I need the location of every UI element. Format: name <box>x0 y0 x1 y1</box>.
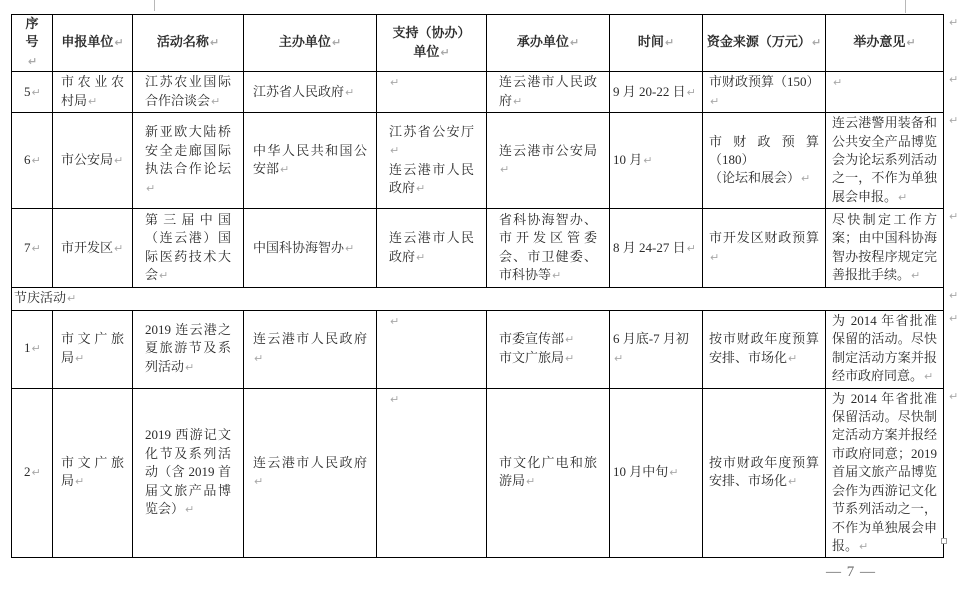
table-cell: 市开发区↵ <box>53 209 133 288</box>
table-row: 6↵市公安局↵新亚欧大陆桥安全走廊国际执法合作论坛↵中华人民共和国公安部↵江苏省… <box>12 113 944 209</box>
cell-text: 为 2014 年省批准保留活动。尽快制定活动方案并报经市政府同意；2019 首届… <box>832 391 937 553</box>
cell-text: 支持（协办）单位 <box>392 25 470 58</box>
table-cell: ↵ <box>377 388 487 558</box>
paragraph-mark-icon: ↵ <box>949 73 958 86</box>
paragraph-mark-icon: ↵ <box>254 352 263 365</box>
cell-text: 新亚欧大陆桥安全走廊国际执法合作论坛 <box>145 124 231 176</box>
cell-text: 江苏省人民政府 <box>253 84 344 99</box>
paragraph-mark-icon: ↵ <box>801 172 810 185</box>
section-break-mark-icon <box>941 538 947 544</box>
table-cell: 市文广旅局↵ <box>53 310 133 388</box>
section-label: 节庆活动 <box>14 290 66 305</box>
table-cell: ↵ <box>826 72 944 113</box>
cell-text: 为 2014 年省批准保留的活动。尽快制定活动方案并报经市政府同意。 <box>832 313 937 383</box>
cell-text: 按市财政年度预算安排、市场化 <box>709 331 819 364</box>
paragraph-mark-icon: ↵ <box>513 95 522 108</box>
cell-text: 连云港市人民政府 <box>253 455 367 470</box>
paragraph-mark-icon: ↵ <box>67 292 76 305</box>
table-cell: ↵ <box>377 310 487 388</box>
paragraph-mark-icon: ↵ <box>75 352 84 365</box>
cell-text: 申报单位 <box>61 34 113 49</box>
paragraph-mark-icon: ↵ <box>332 36 341 49</box>
page-number: — 7 — <box>826 564 877 581</box>
cell-text: 连云港市人民政府 <box>389 162 474 195</box>
table-row: 2↵市文广旅局↵2019 西游记文化节及系列活动（含 2019 首届文旅产品博览… <box>12 388 944 558</box>
paragraph-mark-icon: ↵ <box>949 312 958 325</box>
table-header: 序号↵申报单位↵活动名称↵主办单位↵支持（协办）单位↵承办单位↵时间↵资金来源（… <box>12 15 944 72</box>
page-number-label: — 7 — <box>826 564 876 580</box>
column-header: 主办单位↵ <box>244 15 377 72</box>
table-cell: 7↵ <box>12 209 53 288</box>
paragraph-mark-icon: ↵ <box>665 36 674 49</box>
paragraph-mark-icon: ↵ <box>788 475 797 488</box>
cell-text: 10 月 <box>613 152 642 167</box>
document-page: 序号↵申报单位↵活动名称↵主办单位↵支持（协办）单位↵承办单位↵时间↵资金来源（… <box>0 0 964 592</box>
paragraph-mark-icon: ↵ <box>185 503 194 516</box>
section-row: 节庆活动↵ <box>12 288 944 310</box>
table-cell: 市财政预算（180） （论坛和展会）↵ <box>703 113 826 209</box>
cell-text: 连云港警用装备和公共安全产品博览会为论坛系列活动之一，不作为单独展会申报。 <box>832 115 937 204</box>
paragraph-mark-icon: ↵ <box>898 191 907 204</box>
table-cell: 市农业农村局↵ <box>53 72 133 113</box>
table-cell: 尽快制定工作方案；由中国科协海智办按程序规定完善报批手续。↵ <box>826 209 944 288</box>
paragraph-mark-icon: ↵ <box>159 269 168 282</box>
column-header: 活动名称↵ <box>133 15 244 72</box>
cell-text: 市文广旅局 <box>61 455 124 488</box>
table-cell: 按市财政年度预算安排、市场化↵ <box>703 388 826 558</box>
table-cell: 江苏农业国际合作洽谈会↵ <box>133 72 244 113</box>
cell-text: 1 <box>24 340 31 355</box>
cell-text: 江苏省公安厅 <box>389 124 474 139</box>
text-boundary-mark-icon <box>154 0 155 11</box>
paragraph-mark-icon: ↵ <box>833 76 842 89</box>
paragraph-mark-icon: ↵ <box>614 352 623 365</box>
paragraph-mark-icon: ↵ <box>788 352 797 365</box>
paragraph-mark-icon: ↵ <box>416 182 425 195</box>
table-cell: 中华人民共和国公安部↵ <box>244 113 377 209</box>
cell-text: 活动名称 <box>157 34 209 49</box>
paragraph-mark-icon: ↵ <box>32 342 41 355</box>
paragraph-mark-icon: ↵ <box>570 36 579 49</box>
cell-text: 连云港市人民政府 <box>253 331 367 346</box>
cell-text: 2 <box>24 464 31 479</box>
cell-text: 市开发区财政预算 <box>709 230 819 245</box>
paragraph-mark-icon: ↵ <box>32 466 41 479</box>
paragraph-mark-icon: ↵ <box>345 86 354 99</box>
paragraph-mark-icon: ↵ <box>924 370 933 383</box>
paragraph-mark-icon: ↵ <box>552 269 561 282</box>
paragraph-mark-icon: ↵ <box>88 95 97 108</box>
text-boundary-mark-icon <box>905 0 906 13</box>
paragraph-mark-icon: ↵ <box>949 16 958 29</box>
paragraph-mark-icon: ↵ <box>32 242 41 255</box>
cell-text: 市开发区 <box>61 240 113 255</box>
paragraph-mark-icon: ↵ <box>526 475 535 488</box>
table-cell: 江苏省公安厅↵连云港市人民政府↵ <box>377 113 487 209</box>
paragraph-mark-icon: ↵ <box>114 242 123 255</box>
column-header: 时间↵ <box>610 15 703 72</box>
cell-text: 8 月 24-27 日 <box>613 240 686 255</box>
table-cell: 市文广旅局↵ <box>53 388 133 558</box>
paragraph-mark-icon: ↵ <box>710 251 719 264</box>
table-cell: 2019 连云港之夏旅游节及系列活动↵ <box>133 310 244 388</box>
paragraph-mark-icon: ↵ <box>643 154 652 167</box>
cell-text: 中国科协海智办 <box>253 240 344 255</box>
cell-text: 市委宣传部 <box>499 331 564 346</box>
paragraph-mark-icon: ↵ <box>949 390 958 403</box>
cell-text: 序号 <box>25 16 38 49</box>
paragraph-mark-icon: ↵ <box>390 144 399 157</box>
table-cell: 江苏省人民政府↵ <box>244 72 377 113</box>
cell-text: 10 月中旬 <box>613 464 668 479</box>
activities-table: 序号↵申报单位↵活动名称↵主办单位↵支持（协办）单位↵承办单位↵时间↵资金来源（… <box>11 14 944 558</box>
cell-text: 尽快制定工作方案；由中国科协海智办按程序规定完善报批手续。 <box>832 212 937 282</box>
paragraph-mark-icon: ↵ <box>416 251 425 264</box>
cell-text: 连云港市公安局 <box>499 143 597 158</box>
paragraph-mark-icon: ↵ <box>390 76 399 89</box>
paragraph-mark-icon: ↵ <box>669 466 678 479</box>
cell-text: 市财政预算（150） <box>709 74 820 89</box>
table-cell: 6 月底-7 月初↵ <box>610 310 703 388</box>
cell-text: 市文化广电和旅游局 <box>499 455 597 488</box>
cell-text: 连云港市人民政府 <box>389 230 474 263</box>
cell-text: 资金来源（万元） <box>707 34 811 49</box>
paragraph-mark-icon: ↵ <box>911 269 920 282</box>
paragraph-mark-icon: ↵ <box>210 36 219 49</box>
column-header: 序号↵ <box>12 15 53 72</box>
paragraph-mark-icon: ↵ <box>906 36 915 49</box>
cell-text: 省科协海智办、市开发区管委会、市卫健委、市科协等 <box>499 212 597 282</box>
table-row: 1↵市文广旅局↵2019 连云港之夏旅游节及系列活动↵连云港市人民政府↵↵市委宣… <box>12 310 944 388</box>
table-cell: 1↵ <box>12 310 53 388</box>
table-cell: 8 月 24-27 日↵ <box>610 209 703 288</box>
cell-text: 时间 <box>638 34 664 49</box>
cell-text: 9 月 20-22 日 <box>613 84 686 99</box>
table-cell: 市开发区财政预算↵ <box>703 209 826 288</box>
table-cell: 为 2014 年省批准保留活动。尽快制定活动方案并报经市政府同意；2019 首届… <box>826 388 944 558</box>
table-cell: 市文化广电和旅游局↵ <box>487 388 610 558</box>
header-row: 序号↵申报单位↵活动名称↵主办单位↵支持（协办）单位↵承办单位↵时间↵资金来源（… <box>12 15 944 72</box>
paragraph-mark-icon: ↵ <box>390 315 399 328</box>
section-label-cell: 节庆活动↵ <box>12 288 944 310</box>
table-cell: 连云港市公安局↵ <box>487 113 610 209</box>
table-cell: 市财政预算（150）↵ <box>703 72 826 113</box>
table-cell: 9 月 20-22 日↵ <box>610 72 703 113</box>
paragraph-mark-icon: ↵ <box>32 154 41 167</box>
table-cell: 按市财政年度预算安排、市场化↵ <box>703 310 826 388</box>
table-cell: 2019 西游记文化节及系列活动（含 2019 首届文旅产品博览会）↵ <box>133 388 244 558</box>
table-row: 7↵市开发区↵第三届中国（连云港）国际医药技术大会↵中国科协海智办↵连云港市人民… <box>12 209 944 288</box>
table-row: 5↵市农业农村局↵江苏农业国际合作洽谈会↵江苏省人民政府↵↵连云港市人民政府↵9… <box>12 72 944 113</box>
paragraph-mark-icon: ↵ <box>859 540 868 553</box>
table-cell: 中国科协海智办↵ <box>244 209 377 288</box>
table-cell: 新亚欧大陆桥安全走廊国际执法合作论坛↵ <box>133 113 244 209</box>
paragraph-mark-icon: ↵ <box>565 352 574 365</box>
paragraph-mark-icon: ↵ <box>114 154 123 167</box>
table-body: 5↵市农业农村局↵江苏农业国际合作洽谈会↵江苏省人民政府↵↵连云港市人民政府↵9… <box>12 72 944 558</box>
cell-text: 5 <box>24 84 31 99</box>
paragraph-mark-icon: ↵ <box>500 163 509 176</box>
table-cell: 6↵ <box>12 113 53 209</box>
cell-text: 市公安局 <box>61 152 113 167</box>
paragraph-mark-icon: ↵ <box>28 55 37 68</box>
cell-text: 承办单位 <box>517 34 569 49</box>
paragraph-mark-icon: ↵ <box>687 86 696 99</box>
cell-text: 主办单位 <box>279 34 331 49</box>
table-cell: 市委宣传部↵市文广旅局↵ <box>487 310 610 388</box>
table-cell: 省科协海智办、市开发区管委会、市卫健委、市科协等↵ <box>487 209 610 288</box>
table-cell: 连云港市人民政府↵ <box>487 72 610 113</box>
cell-text: 第三届中国（连云港）国际医药技术大会 <box>145 212 231 282</box>
table-cell: ↵ <box>377 72 487 113</box>
column-header: 承办单位↵ <box>487 15 610 72</box>
cell-text: 市文广旅局 <box>61 331 124 364</box>
paragraph-mark-icon: ↵ <box>949 210 958 223</box>
cell-text: 按市财政年度预算安排、市场化 <box>709 455 819 488</box>
paragraph-mark-icon: ↵ <box>280 163 289 176</box>
paragraph-mark-icon: ↵ <box>211 95 220 108</box>
table-cell: 连云港市人民政府↵ <box>377 209 487 288</box>
cell-text: 中华人民共和国公安部 <box>253 143 367 176</box>
column-header: 资金来源（万元）↵ <box>703 15 826 72</box>
table-cell: 连云港警用装备和公共安全产品博览会为论坛系列活动之一，不作为单独展会申报。↵ <box>826 113 944 209</box>
paragraph-mark-icon: ↵ <box>565 333 574 346</box>
table-cell: 10 月中旬↵ <box>610 388 703 558</box>
paragraph-mark-icon: ↵ <box>949 289 958 302</box>
cell-text: 6 <box>24 152 31 167</box>
paragraph-mark-icon: ↵ <box>254 475 263 488</box>
paragraph-mark-icon: ↵ <box>32 86 41 99</box>
table-cell: 10 月↵ <box>610 113 703 209</box>
table-cell: 第三届中国（连云港）国际医药技术大会↵ <box>133 209 244 288</box>
paragraph-mark-icon: ↵ <box>185 361 194 374</box>
paragraph-mark-icon: ↵ <box>949 114 958 127</box>
paragraph-mark-icon: ↵ <box>345 242 354 255</box>
table-cell: 5↵ <box>12 72 53 113</box>
paragraph-mark-icon: ↵ <box>687 242 696 255</box>
cell-text: 7 <box>24 240 31 255</box>
column-header: 举办意见↵ <box>826 15 944 72</box>
table-cell: 为 2014 年省批准保留的活动。尽快制定活动方案并报经市政府同意。↵ <box>826 310 944 388</box>
column-header: 申报单位↵ <box>53 15 133 72</box>
paragraph-mark-icon: ↵ <box>75 475 84 488</box>
paragraph-mark-icon: ↵ <box>812 36 821 49</box>
table-cell: 连云港市人民政府↵ <box>244 310 377 388</box>
cell-text: 举办意见 <box>853 34 905 49</box>
paragraph-mark-icon: ↵ <box>146 182 155 195</box>
paragraph-mark-icon: ↵ <box>710 95 719 108</box>
table-cell: 市公安局↵ <box>53 113 133 209</box>
paragraph-mark-icon: ↵ <box>440 46 449 59</box>
cell-text: 市文广旅局 <box>499 350 564 365</box>
table-cell: 2↵ <box>12 388 53 558</box>
table-cell: 连云港市人民政府↵ <box>244 388 377 558</box>
paragraph-mark-icon: ↵ <box>114 36 123 49</box>
paragraph-mark-icon: ↵ <box>390 393 399 406</box>
cell-text: 6 月底-7 月初 <box>613 331 689 346</box>
column-header: 支持（协办）单位↵ <box>377 15 487 72</box>
